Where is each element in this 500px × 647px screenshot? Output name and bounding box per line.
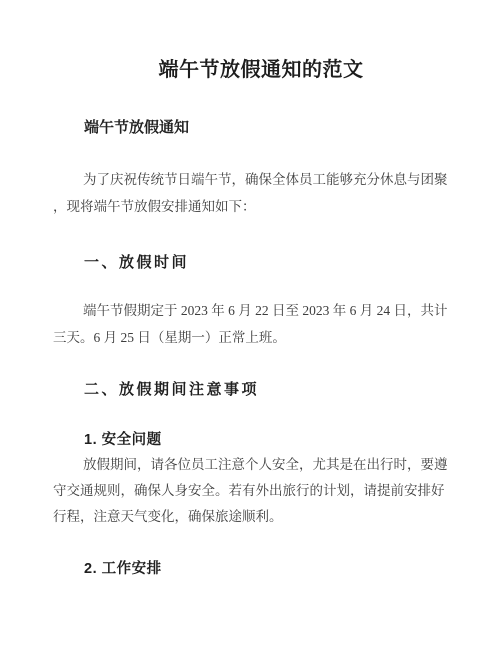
- intro-paragraph: 为了庆祝传统节日端午节，确保全体员工能够充分休息与团聚 ，现将端午节放假安排通知…: [53, 166, 473, 220]
- subsection-2-heading: 2. 工作安排: [84, 559, 162, 579]
- section-2-heading: 二、放假期间注意事项: [84, 380, 259, 400]
- section-1-paragraph: 端午节假期定于 2023 年 6 月 22 日至 2023 年 6 月 24 日…: [53, 297, 473, 351]
- page-title: 端午节放假通知的范文: [0, 56, 500, 84]
- document-page: 端午节放假通知的范文 端午节放假通知 为了庆祝传统节日端午节，确保全体员工能够充…: [0, 0, 500, 647]
- subsection-1-paragraph: 放假期间，请各位员工注意个人安全，尤其是在出行时，要遵 守交通规则，确保人身安全…: [53, 452, 473, 530]
- subsection-1-heading: 1. 安全问题: [84, 430, 162, 450]
- paragraph-line: 放假期间，请各位员工注意个人安全，尤其是在出行时，要遵: [53, 452, 473, 478]
- paragraph-line: 端午节假期定于 2023 年 6 月 22 日至 2023 年 6 月 24 日…: [53, 297, 473, 324]
- paragraph-line: 为了庆祝传统节日端午节，确保全体员工能够充分休息与团聚: [53, 166, 473, 193]
- paragraph-line: 守交通规则，确保人身安全。若有外出旅行的计划，请提前安排好: [53, 478, 473, 504]
- section-1-heading: 一、放假时间: [84, 253, 189, 273]
- paragraph-line: 三天。6 月 25 日（星期一）正常上班。: [53, 324, 473, 351]
- document-heading: 端午节放假通知: [84, 118, 189, 138]
- paragraph-line: ，现将端午节放假安排通知如下：: [53, 193, 473, 220]
- paragraph-line: 行程，注意天气变化，确保旅途顺利。: [53, 504, 473, 530]
